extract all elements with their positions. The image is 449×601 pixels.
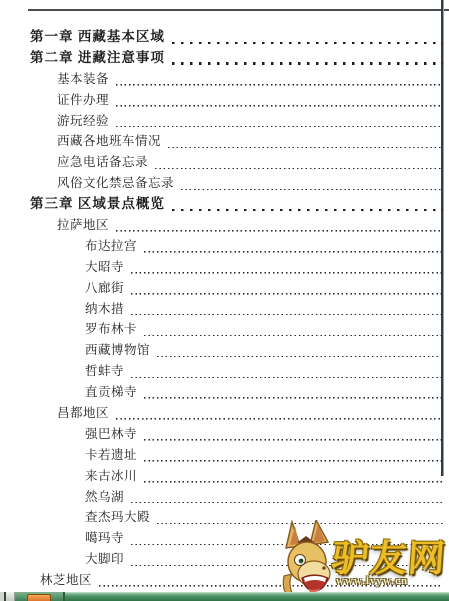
- toc-entry[interactable]: 拉萨地区: [0, 215, 449, 236]
- dot-leader: [131, 377, 443, 379]
- dot-leader: [116, 418, 443, 420]
- dot-leader: [172, 62, 443, 64]
- toc-entry-label: 证件办理: [57, 90, 109, 111]
- dot-leader: [131, 502, 443, 504]
- toc-entry-label: 基本装备: [57, 69, 109, 90]
- taskbar-app-button[interactable]: [15, 592, 63, 601]
- toc-entry-label: 大昭寺: [85, 257, 124, 278]
- toc-entry[interactable]: 风俗文化禁忌备忘录: [0, 173, 449, 194]
- toc-entry-label: 第三章 区域景点概览: [30, 194, 165, 215]
- toc-entry[interactable]: 布达拉宫: [0, 236, 449, 257]
- toc-entry[interactable]: 来古冰川: [0, 466, 449, 487]
- toc-entry[interactable]: 大昭寺: [0, 257, 449, 278]
- toc-entry[interactable]: 昌都地区: [0, 403, 449, 424]
- toc-entry[interactable]: 然乌湖: [0, 487, 449, 508]
- toc-entry-label: 游玩经验: [57, 111, 109, 132]
- toc-entry-label: 然乌湖: [85, 487, 124, 508]
- dot-leader: [131, 272, 443, 274]
- toc-entry-label: 第一章 西藏基本区域: [30, 27, 165, 48]
- dot-leader: [144, 481, 443, 483]
- toc-entry[interactable]: 强巴林寺: [0, 424, 449, 445]
- toc-entry-label: 卡若遗址: [85, 445, 137, 466]
- toc-entry-label: 西藏各地班车情况: [57, 131, 161, 152]
- toc-entry-label: 强巴林寺: [85, 424, 137, 445]
- bottom-taskbar: [0, 592, 449, 601]
- toc-entry[interactable]: 西藏博物馆: [0, 340, 449, 361]
- toc-entry[interactable]: 第三章 区域景点概览: [0, 194, 449, 215]
- toc-entry[interactable]: 第一章 西藏基本区域: [0, 27, 449, 48]
- toc-entry-label: 纳木措: [85, 299, 124, 320]
- toc-entry-label: 罗布林卡: [85, 319, 137, 340]
- toc-entry-label: 昌都地区: [57, 403, 109, 424]
- watermark-site-url: www.lvyw.cn: [336, 575, 408, 587]
- toc-entry[interactable]: 哲蚌寺: [0, 361, 449, 382]
- toc-entry[interactable]: 卡若遗址: [0, 445, 449, 466]
- dot-leader: [144, 335, 443, 337]
- toc-entry-label: 查杰玛大殿: [85, 507, 150, 528]
- toc-entry[interactable]: 纳木措: [0, 299, 449, 320]
- taskbar-segment-light: [6, 592, 15, 601]
- toc-entry[interactable]: 罗布林卡: [0, 319, 449, 340]
- toc-entry-label: 大脚印: [85, 549, 124, 570]
- toc-entry-label: 八廊街: [85, 278, 124, 299]
- table-of-contents: 第一章 西藏基本区域 第二章 进藏注意事项 基本装备 证件办理 游玩经验 西藏各…: [0, 27, 449, 591]
- toc-entry[interactable]: 第二章 进藏注意事项: [0, 48, 449, 69]
- dot-leader: [172, 209, 443, 211]
- dot-leader: [116, 230, 443, 232]
- page-top-rule: [28, 9, 449, 11]
- toc-entry-label: 布达拉宫: [85, 236, 137, 257]
- toc-entry[interactable]: 西藏各地班车情况: [0, 131, 449, 152]
- toc-entry-label: 哲蚌寺: [85, 361, 124, 382]
- toc-entry-label: 第二章 进藏注意事项: [30, 48, 165, 69]
- dot-leader: [172, 42, 443, 44]
- toc-entry[interactable]: 直贡梯寺: [0, 382, 449, 403]
- toc-entry[interactable]: 基本装备: [0, 69, 449, 90]
- document-page: 第一章 西藏基本区域 第二章 进藏注意事项 基本装备 证件办理 游玩经验 西藏各…: [0, 0, 449, 601]
- toc-entry[interactable]: 八廊街: [0, 278, 449, 299]
- toc-entry-label: 直贡梯寺: [85, 382, 137, 403]
- site-watermark: 驴友网 www.lvyw.cn: [278, 520, 448, 594]
- donkey-mascot-icon: [278, 520, 338, 594]
- dot-leader: [144, 397, 443, 399]
- taskbar-green-bar[interactable]: [65, 592, 449, 601]
- dot-leader: [157, 356, 443, 358]
- watermark-site-name: 驴友网: [330, 528, 448, 582]
- toc-entry[interactable]: 证件办理: [0, 90, 449, 111]
- dot-leader: [131, 314, 443, 316]
- toc-entry-label: 应急电话备忘录: [57, 152, 148, 173]
- toc-entry-label: 噶玛寺: [85, 528, 124, 549]
- toc-entry[interactable]: 应急电话备忘录: [0, 152, 449, 173]
- toc-entry-label: 来古冰川: [85, 466, 137, 487]
- dot-leader: [116, 126, 443, 128]
- toc-entry-label: 风俗文化禁忌备忘录: [57, 173, 174, 194]
- dot-leader: [144, 460, 443, 462]
- dot-leader: [168, 147, 443, 149]
- dot-leader: [116, 105, 443, 107]
- dot-leader: [144, 439, 443, 441]
- dot-leader: [155, 168, 443, 170]
- dot-leader: [116, 84, 443, 86]
- toc-entry[interactable]: 游玩经验: [0, 111, 449, 132]
- dot-leader: [131, 293, 443, 295]
- dot-leader: [181, 189, 443, 191]
- toc-entry-label: 林芝地区: [40, 570, 92, 591]
- orange-app-icon: [27, 594, 51, 601]
- dot-leader: [144, 251, 443, 253]
- toc-entry-label: 西藏博物馆: [85, 340, 150, 361]
- toc-entry-label: 拉萨地区: [57, 215, 109, 236]
